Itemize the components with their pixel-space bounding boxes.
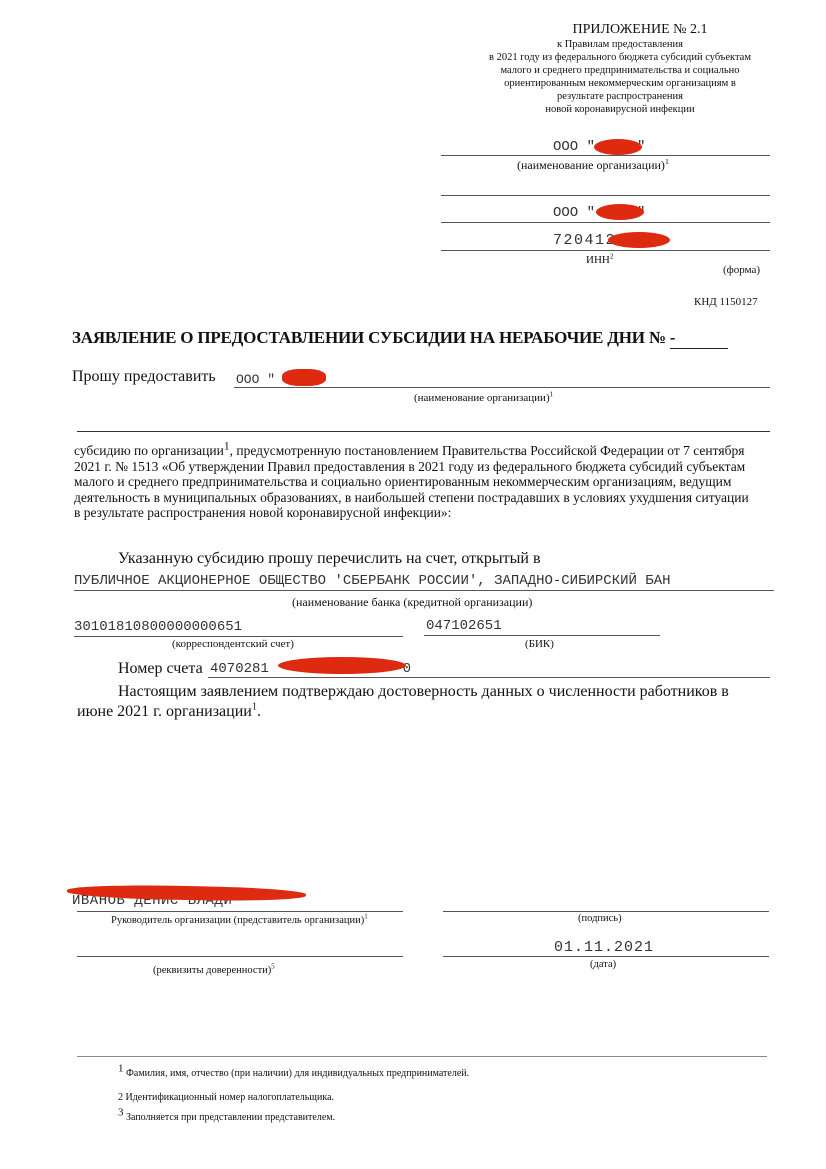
document-number-field[interactable]: - bbox=[670, 328, 728, 349]
request-org-label: (наименование организации)1 bbox=[414, 392, 553, 404]
appendix-line: к Правилам предоставления bbox=[450, 38, 790, 51]
appendix-line: ориентированным некоммерческим организац… bbox=[450, 77, 790, 90]
footnote-divider bbox=[77, 1056, 767, 1057]
date-underline bbox=[443, 956, 769, 957]
subsidy-paragraph: субсидию по организации1, предусмотренну… bbox=[74, 443, 784, 521]
org-name-value: ООО " bbox=[553, 139, 595, 155]
date-field[interactable]: 01.11.2021 bbox=[554, 939, 654, 956]
account-label: Номер счета bbox=[118, 660, 203, 678]
account-underline bbox=[208, 677, 770, 678]
footnote-item: 3 Заполняется при представлении представ… bbox=[118, 1112, 335, 1123]
inn-field[interactable]: 720412 bbox=[553, 232, 616, 249]
bank-name-label: (наименование банка (кредитной организац… bbox=[292, 595, 532, 610]
signature-label: (подпись) bbox=[578, 913, 622, 924]
inn-label: ИНН2 bbox=[586, 254, 613, 266]
knd-code: КНД 1150127 bbox=[694, 296, 758, 308]
form-label: (форма) bbox=[723, 264, 760, 276]
section-divider bbox=[77, 431, 770, 432]
footnote-item: 1 Фамилия, имя, отчество (при наличии) д… bbox=[118, 1068, 469, 1079]
document-title: ЗАЯВЛЕНИЕ О ПРЕДОСТАВЛЕНИИ СУБСИДИИ НА Н… bbox=[72, 328, 728, 349]
bank-name-field[interactable]: ПУБЛИЧНОЕ АКЦИОНЕРНОЕ ОБЩЕСТВО 'СБЕРБАНК… bbox=[74, 573, 671, 589]
redaction-mark bbox=[608, 232, 670, 248]
org-name-value-2: ООО " bbox=[553, 205, 595, 221]
signature-underline[interactable] bbox=[443, 911, 769, 912]
head-label: Руководитель организации (представитель … bbox=[111, 915, 368, 926]
footnote-item: 2 Идентификационный номер налогоплательщ… bbox=[118, 1092, 334, 1103]
bik-field[interactable]: 047102651 bbox=[426, 618, 502, 634]
org-name-2-underline bbox=[441, 222, 770, 223]
head-name-underline bbox=[77, 911, 403, 912]
confirm-text-1: Настоящим заявлением подтверждаю достове… bbox=[118, 683, 729, 701]
redaction-mark bbox=[594, 139, 642, 155]
appendix-title: ПРИЛОЖЕНИЕ № 2.1 bbox=[490, 22, 790, 38]
bik-label: (БИК) bbox=[525, 638, 554, 650]
request-org-value: ООО " bbox=[236, 372, 275, 387]
redaction-mark bbox=[278, 657, 406, 674]
blank-underline bbox=[441, 195, 770, 196]
redaction-mark bbox=[596, 204, 644, 220]
corr-account-label: (корреспондентский счет) bbox=[172, 638, 294, 650]
redaction-mark bbox=[282, 369, 326, 386]
account-value-start: 4070281 bbox=[210, 661, 269, 677]
bik-underline bbox=[424, 635, 660, 636]
org-name-label: (наименование организации)1 bbox=[517, 158, 669, 173]
proxy-underline[interactable] bbox=[77, 956, 403, 957]
transfer-text: Указанную субсидию прошу перечислить на … bbox=[118, 550, 541, 568]
corr-account-field[interactable]: 30101810800000000651 bbox=[74, 619, 242, 635]
org-name-underline bbox=[441, 155, 770, 156]
date-label: (дата) bbox=[590, 959, 616, 970]
inn-underline bbox=[441, 250, 770, 251]
request-label: Прошу предоставить bbox=[72, 368, 216, 386]
appendix-line: новой коронавирусной инфекции bbox=[450, 103, 790, 116]
appendix-line: результате распространения bbox=[450, 90, 790, 103]
corr-account-underline bbox=[74, 636, 403, 637]
appendix-line: в 2021 году из федерального бюджета субс… bbox=[450, 51, 790, 64]
appendix-subtitle: к Правилам предоставления в 2021 году из… bbox=[450, 38, 790, 116]
bank-name-underline bbox=[74, 590, 774, 591]
appendix-line: малого и среднего предпринимательства и … bbox=[450, 64, 790, 77]
proxy-label: (реквизиты доверенности)5 bbox=[153, 965, 275, 976]
request-org-underline bbox=[234, 387, 770, 388]
confirm-text-2: июне 2021 г. организации1. bbox=[77, 703, 261, 721]
